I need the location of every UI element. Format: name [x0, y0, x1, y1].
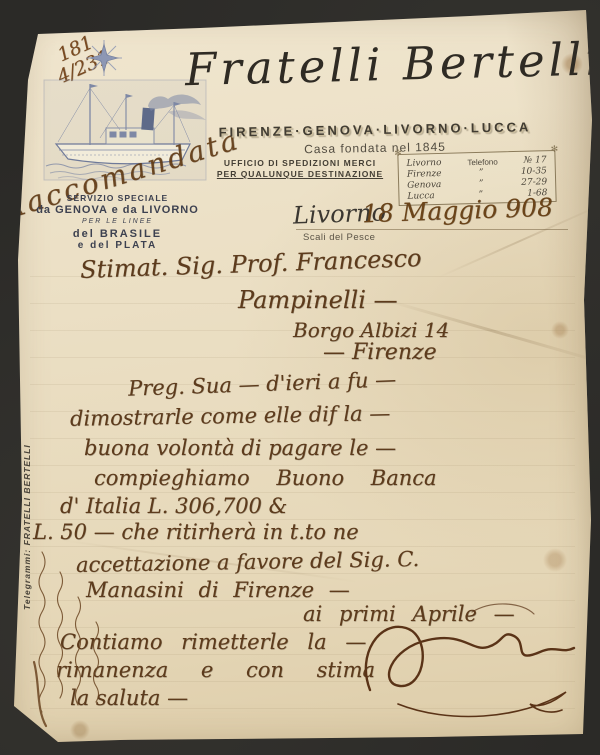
letter-paper: 181 4/231 — [0, 0, 600, 755]
signature-flourish — [352, 592, 582, 732]
cities-line: FIRENZE·GENOVA·LIVORNO·LUCCA — [175, 119, 575, 141]
special-service-block: SERVIZIO SPECIALE da GENOVA e da LIVORNO… — [30, 193, 205, 251]
dateline-rule — [296, 229, 568, 230]
phone-number: 10-35 — [521, 166, 547, 178]
service-line: da GENOVA e da LIVORNO — [30, 205, 205, 215]
star-icon — [86, 40, 122, 76]
office-line2: PER QUALUNQUE DESTINAZIONE — [200, 169, 400, 180]
ornament-icon: ✻ — [394, 148, 402, 159]
phone-number: 27-29 — [521, 177, 547, 189]
body-line: d' Italia L. 306,700 & — [60, 494, 287, 518]
service-line: del BRASILE — [30, 229, 205, 239]
office-lines: UFFICIO DI SPEDIZIONI MERCI PER QUALUNQU… — [200, 158, 400, 180]
phone-label: Telefono — [467, 156, 498, 168]
vertical-marginalia-handwriting — [26, 542, 136, 732]
recipient-line: Borgo Albizi 14 — [293, 318, 449, 342]
phone-number: № 17 — [524, 155, 547, 167]
body-line: buona volontà di pagare le — — [84, 436, 396, 460]
ditto-mark: ” — [479, 179, 484, 190]
handwritten-date: 18 Maggio 908 — [362, 193, 554, 229]
company-name: Fratelli Bertelli — [184, 33, 585, 96]
service-line: PER LE LINEE — [30, 217, 205, 227]
ditto-mark: ” — [479, 168, 484, 179]
ornament-icon: ✻ — [551, 144, 559, 155]
phone-city: Genova — [407, 180, 441, 192]
street-line: Scali del Pesce — [303, 232, 375, 243]
body-line: L. 50 — che ritirherà in t.to ne — [33, 520, 359, 544]
recipient-line: Pampinelli — — [238, 286, 398, 314]
recipient-line: — Firenze — [323, 340, 437, 365]
body-line: compieghiamo Buono Banca — [94, 466, 437, 490]
service-line: SERVIZIO SPECIALE — [30, 193, 205, 203]
phone-city: Firenze — [407, 169, 442, 181]
office-line1: UFFICIO DI SPEDIZIONI MERCI — [200, 158, 400, 169]
service-line: e del PLATA — [30, 241, 205, 251]
